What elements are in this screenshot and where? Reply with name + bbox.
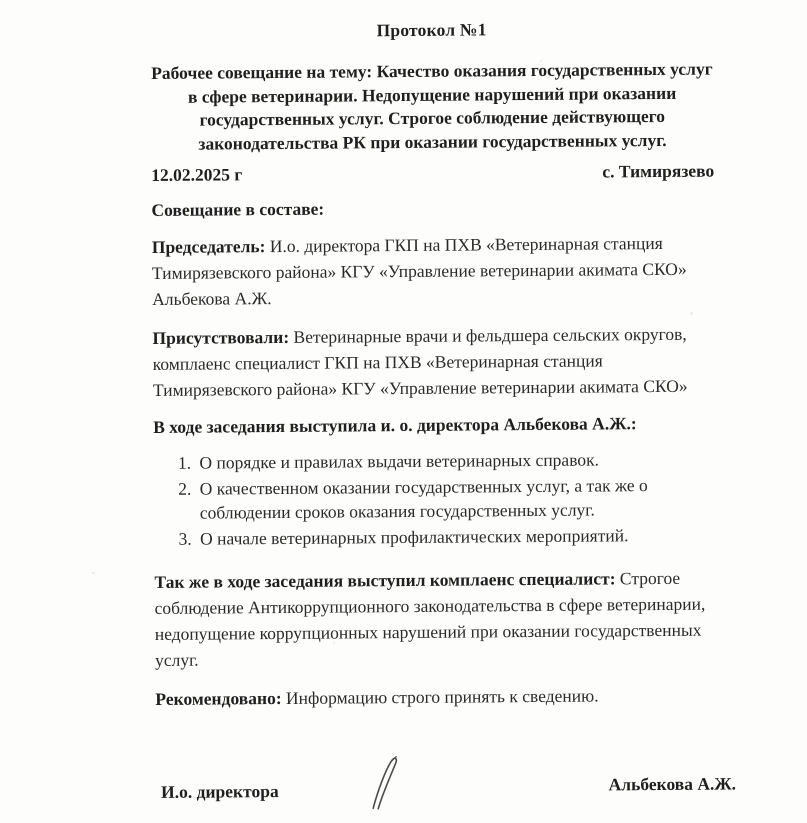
agenda-item-3: О начале ветеринарных профилактических м… — [196, 522, 717, 551]
document-content: Протокол №1 Рабочее совещание на тему: К… — [150, 16, 719, 810]
document-place: с. Тимирязево — [602, 161, 714, 183]
signer-name: Альбекова А.Ж. — [609, 773, 737, 795]
signer-position: И.о. директора — [161, 781, 279, 803]
attendees-paragraph: Присутствовали: Ветеринарные врачи и фел… — [152, 321, 716, 403]
agenda-item-2: О качественном оказании государственных … — [196, 472, 717, 525]
scan-speck — [92, 572, 95, 574]
recommendation-label: Рекомендовано: — [155, 688, 281, 709]
meeting-subject: Рабочее совещание на тему: Качество оказ… — [150, 58, 714, 156]
speaker-heading: В ходе заседания выступила и. о. директо… — [153, 413, 716, 438]
scan-speck — [540, 60, 542, 62]
scan-speck — [333, 642, 335, 644]
scan-speck — [690, 312, 693, 315]
recommendation-text: Информацию строго принять к сведению. — [282, 685, 599, 707]
document-title: Протокол №1 — [150, 18, 713, 43]
document-date: 12.02.2025 г — [151, 164, 242, 186]
attendees-label: Присутствовали: — [152, 327, 289, 348]
scanned-document-page: Протокол №1 Рабочее совещание на тему: К… — [0, 0, 807, 823]
compliance-label: Так же в ходе заседания выступил комплае… — [154, 568, 615, 592]
date-place-row: 12.02.2025 г с. Тимирязево — [151, 161, 714, 186]
composition-heading: Совещание в составе: — [151, 196, 714, 221]
agenda-item-1: О порядке и правилах выдачи ветеринарных… — [195, 447, 716, 476]
signature-mark-icon — [366, 752, 406, 815]
chairman-label: Председатель: — [152, 236, 266, 257]
signature-block: И.о. директора Альбекова А.Ж. — [158, 767, 736, 812]
recommendation-paragraph: Рекомендовано: Информацию строго принять… — [155, 682, 718, 712]
chairman-paragraph: Председатель: И.о. директора ГКП на ПХВ … — [152, 230, 716, 312]
agenda-list: О порядке и правилах выдачи ветеринарных… — [153, 447, 717, 551]
compliance-paragraph: Так же в ходе заседания выступил комплае… — [154, 565, 718, 673]
